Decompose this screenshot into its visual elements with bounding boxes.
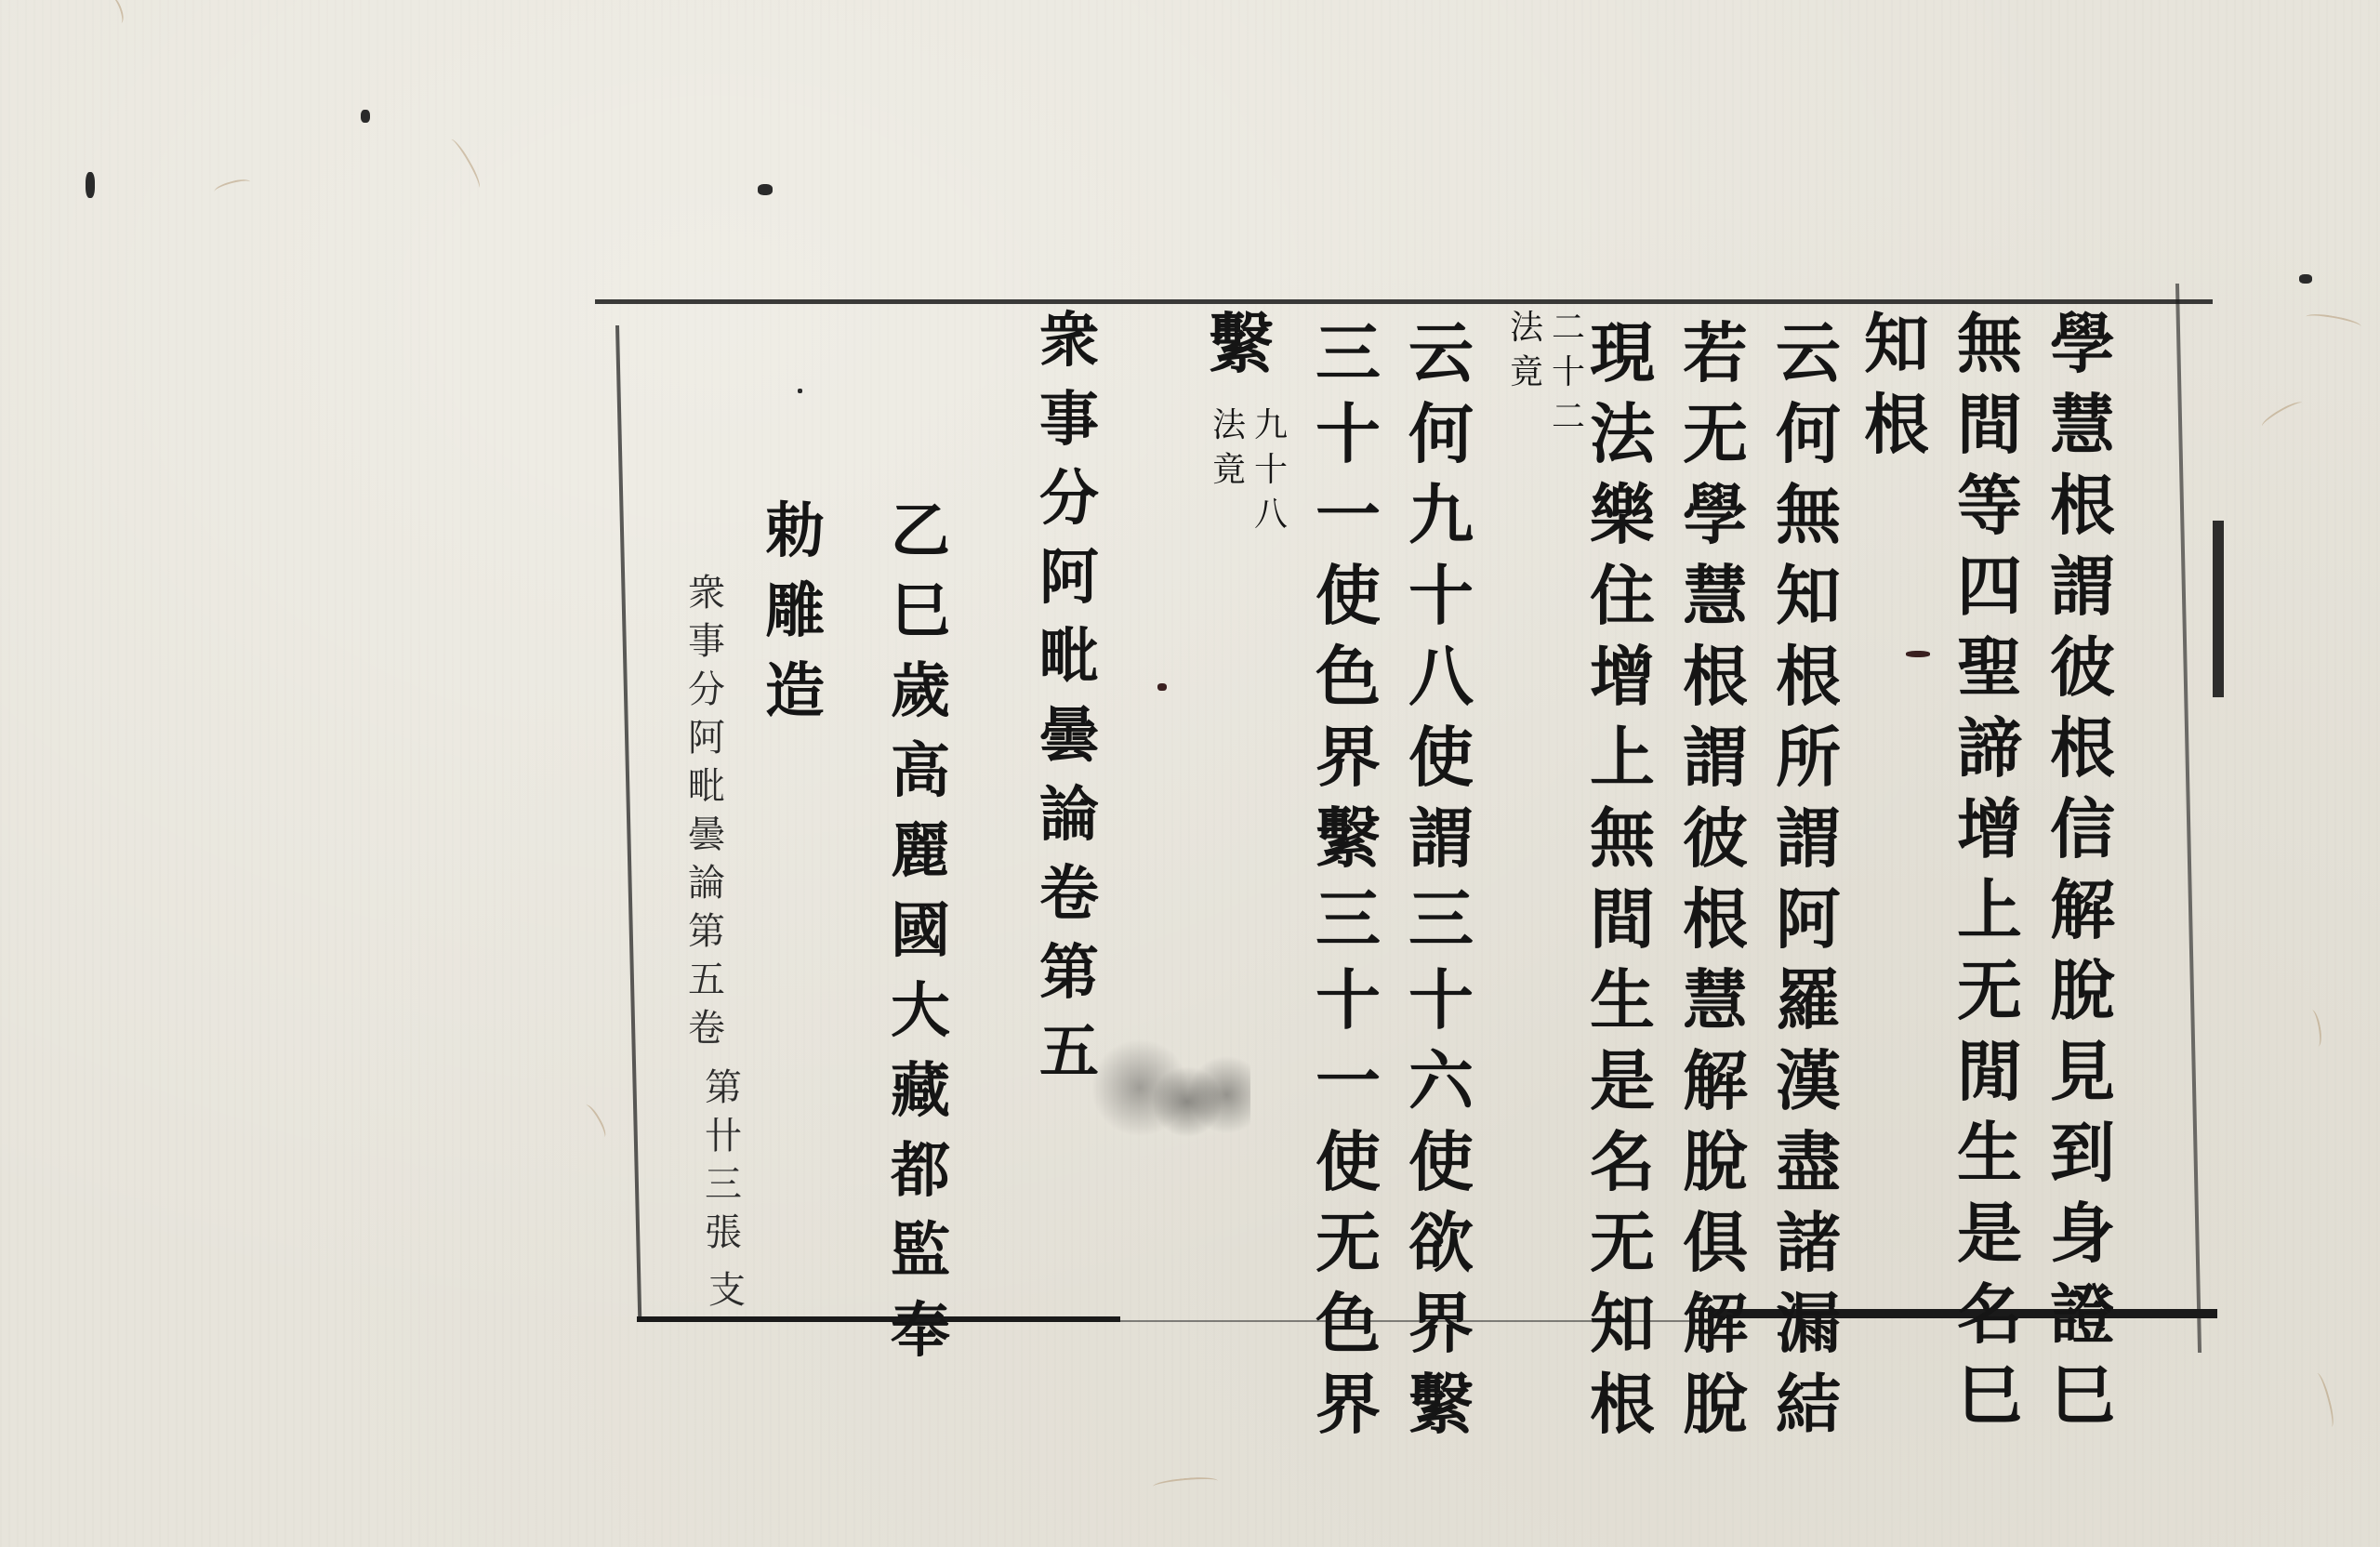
ink-speck xyxy=(798,389,802,393)
glyph: 俱 xyxy=(1673,1210,1757,1291)
ink-speck xyxy=(86,172,95,198)
glyph: 第 xyxy=(684,913,729,961)
glyph: 謂 xyxy=(1766,806,1850,887)
glyph: 毗 xyxy=(1032,628,1106,707)
ink-speck xyxy=(2299,274,2312,284)
glyph: 阿 xyxy=(684,720,729,768)
glyph: 卷 xyxy=(1032,865,1106,944)
glyph: 慧 xyxy=(2041,392,2124,473)
glyph: 住 xyxy=(1580,563,1664,644)
glyph: 脫 xyxy=(1673,1130,1757,1210)
glyph: 第 xyxy=(1032,944,1106,1023)
annotation-section-end-1: 法竟 xyxy=(1506,311,1547,401)
glyph: 一 xyxy=(1306,483,1390,563)
glyph: 漢 xyxy=(1766,1049,1850,1130)
glyph: 脫 xyxy=(2041,959,2124,1039)
glyph: 五 xyxy=(1032,1023,1106,1102)
paper-fiber xyxy=(2311,1371,2336,1428)
glyph: 使 xyxy=(1306,563,1390,644)
glyph: 根 xyxy=(2041,473,2124,554)
paper-fiber xyxy=(2259,398,2305,430)
glyph: 十 xyxy=(1399,968,1483,1049)
frame-top-border xyxy=(595,299,2213,304)
glyph: 謂 xyxy=(1399,806,1483,887)
ink-smudge xyxy=(1092,1032,1250,1171)
glyph: 根 xyxy=(1673,887,1757,968)
paper-fiber xyxy=(2307,1009,2324,1047)
glyph: 繫 xyxy=(1306,806,1390,887)
glyph: 增 xyxy=(1580,644,1664,725)
glyph: 信 xyxy=(2041,797,2124,878)
glyph: 法 xyxy=(1580,402,1664,483)
glyph: 張 xyxy=(701,1214,746,1263)
glyph: 所 xyxy=(1766,725,1850,806)
glyph: 彼 xyxy=(1673,806,1757,887)
glyph: 竟 xyxy=(1506,356,1547,401)
glyph: 事 xyxy=(1032,390,1106,469)
glyph: 繫 xyxy=(1199,311,1283,392)
glyph: 名 xyxy=(1948,1282,2031,1363)
glyph: 二 xyxy=(1548,311,1589,356)
glyph: 八 xyxy=(1250,498,1291,543)
glyph: 知 xyxy=(1580,1291,1664,1372)
glyph: 彼 xyxy=(2041,635,2124,716)
glyph: 無 xyxy=(1948,311,2031,392)
glyph: 衆 xyxy=(1032,311,1106,390)
glyph: 證 xyxy=(2041,1282,2124,1363)
glyph: 間 xyxy=(1580,887,1664,968)
glyph: 無 xyxy=(1766,483,1850,563)
margin-page-number: 第卄三張 xyxy=(701,1069,746,1263)
glyph: 何 xyxy=(1399,402,1483,483)
glyph: 慧 xyxy=(1673,563,1757,644)
glyph: 若 xyxy=(1673,321,1757,402)
text-column-8: 三十一使色界繫三十一使无色界 xyxy=(1306,321,1390,1453)
glyph: 十 xyxy=(1399,563,1483,644)
glyph: 事 xyxy=(684,623,729,671)
glyph: 學 xyxy=(2041,311,2124,392)
glyph: 界 xyxy=(1306,725,1390,806)
glyph: 都 xyxy=(883,1142,958,1222)
glyph: 巳 xyxy=(883,582,958,662)
glyph: 解 xyxy=(2041,878,2124,959)
glyph: 是 xyxy=(1948,1201,2031,1282)
glyph: 結 xyxy=(1766,1372,1850,1453)
glyph: 勅 xyxy=(758,502,832,582)
glyph: 學 xyxy=(1673,483,1757,563)
text-column-2: 無間等四聖諦增上无閒生是名巳 xyxy=(1948,311,2031,1444)
glyph: 根 xyxy=(1673,644,1757,725)
margin-title-note: 衆事分阿毗曇論第五卷 xyxy=(684,575,729,1058)
glyph: 色 xyxy=(1306,1291,1390,1372)
margin-mark: 支 xyxy=(705,1272,749,1320)
glyph: 監 xyxy=(883,1222,958,1302)
paper-fiber xyxy=(213,177,252,197)
text-column-3: 知根 xyxy=(1855,311,1938,473)
glyph: 間 xyxy=(1948,392,2031,473)
glyph: 十 xyxy=(1306,402,1390,483)
volume-title: 衆事分阿毗曇論卷第五 xyxy=(1032,311,1106,1102)
glyph: 解 xyxy=(1673,1049,1757,1130)
glyph: 卷 xyxy=(684,1010,729,1058)
glyph: 无 xyxy=(1580,1210,1664,1291)
glyph: 麗 xyxy=(883,822,958,902)
glyph: 分 xyxy=(1032,469,1106,549)
text-column-6: 現法樂住增上無間生是名无知根 xyxy=(1580,321,1664,1453)
glyph: 謂 xyxy=(1673,725,1757,806)
glyph: 曇 xyxy=(684,816,729,865)
glyph: 高 xyxy=(883,742,958,822)
glyph: 六 xyxy=(1399,1049,1483,1130)
glyph: 論 xyxy=(684,865,729,913)
glyph: 二 xyxy=(1548,401,1589,445)
paper-fiber xyxy=(2305,311,2361,332)
text-column-1: 學慧根謂彼根信解脫見到身證巳 xyxy=(2041,311,2124,1444)
glyph: 無 xyxy=(1580,806,1664,887)
glyph: 根 xyxy=(1766,644,1850,725)
text-column-7: 云何九十八使謂三十六使欲界繫 xyxy=(1399,321,1483,1453)
glyph: 卄 xyxy=(701,1117,746,1166)
glyph: 增 xyxy=(1948,797,2031,878)
glyph: 諸 xyxy=(1766,1210,1850,1291)
glyph: 奉 xyxy=(883,1302,958,1382)
glyph: 使 xyxy=(1306,1130,1390,1210)
glyph: 支 xyxy=(705,1272,749,1320)
glyph: 乙 xyxy=(883,502,958,582)
glyph: 雕 xyxy=(758,582,832,662)
glyph: 使 xyxy=(1399,1130,1483,1210)
glyph: 三 xyxy=(1399,887,1483,968)
glyph: 九 xyxy=(1250,409,1291,454)
glyph: 法 xyxy=(1506,311,1547,356)
glyph: 云 xyxy=(1399,321,1483,402)
glyph: 漏 xyxy=(1766,1291,1850,1372)
frame-right-border-heavy xyxy=(2213,521,2224,697)
glyph: 現 xyxy=(1580,321,1664,402)
glyph: 三 xyxy=(1306,887,1390,968)
glyph: 上 xyxy=(1948,878,2031,959)
glyph: 知 xyxy=(1766,563,1850,644)
glyph: 見 xyxy=(2041,1039,2124,1120)
glyph: 界 xyxy=(1399,1291,1483,1372)
glyph: 知 xyxy=(1855,311,1938,392)
glyph: 法 xyxy=(1209,409,1249,454)
annotation-section-end-2: 法竟 xyxy=(1209,409,1249,498)
glyph: 根 xyxy=(2041,716,2124,797)
glyph: 分 xyxy=(684,671,729,720)
glyph: 大 xyxy=(883,982,958,1062)
glyph: 生 xyxy=(1948,1120,2031,1201)
glyph: 竟 xyxy=(1209,454,1249,498)
glyph: 論 xyxy=(1032,786,1106,865)
glyph: 四 xyxy=(1948,554,2031,635)
glyph: 造 xyxy=(758,662,832,742)
glyph: 无 xyxy=(1673,402,1757,483)
glyph: 根 xyxy=(1855,392,1938,473)
ink-speck xyxy=(758,184,773,195)
glyph: 三 xyxy=(701,1166,746,1214)
glyph: 界 xyxy=(1306,1372,1390,1453)
glyph: 五 xyxy=(684,961,729,1010)
glyph: 无 xyxy=(1948,959,2031,1039)
glyph: 是 xyxy=(1580,1049,1664,1130)
annotation-twenty-two: 二十二 xyxy=(1548,311,1589,445)
glyph: 色 xyxy=(1306,644,1390,725)
glyph: 羅 xyxy=(1766,968,1850,1049)
glyph: 十 xyxy=(1250,454,1291,498)
glyph: 生 xyxy=(1580,968,1664,1049)
text-column-4: 云何無知根所謂阿羅漢盡諸漏結 xyxy=(1766,321,1850,1453)
colophon-line-2: 勅雕造 xyxy=(758,502,832,742)
glyph: 脫 xyxy=(1673,1372,1757,1453)
ink-speck xyxy=(1906,651,1930,657)
glyph: 使 xyxy=(1399,725,1483,806)
glyph: 云 xyxy=(1766,321,1850,402)
glyph: 繫 xyxy=(1399,1372,1483,1453)
glyph: 无 xyxy=(1306,1210,1390,1291)
glyph: 八 xyxy=(1399,644,1483,725)
glyph: 一 xyxy=(1306,1049,1390,1130)
paper-fiber xyxy=(1153,1475,1219,1492)
glyph: 巳 xyxy=(1948,1363,2031,1444)
glyph: 謂 xyxy=(2041,554,2124,635)
annotation-ninety-eight: 九十八 xyxy=(1250,409,1291,543)
glyph: 九 xyxy=(1399,483,1483,563)
glyph: 閒 xyxy=(1948,1039,2031,1120)
glyph: 到 xyxy=(2041,1120,2124,1201)
glyph: 歲 xyxy=(883,662,958,742)
glyph: 根 xyxy=(1580,1372,1664,1453)
text-column-5: 若无學慧根謂彼根慧解脫俱解脫 xyxy=(1673,321,1757,1453)
glyph: 巳 xyxy=(2041,1363,2124,1444)
paper-fiber xyxy=(581,1103,609,1141)
ink-speck xyxy=(1157,683,1167,691)
colophon-line-1: 乙巳歲高麗國大藏都監奉 xyxy=(883,502,958,1382)
glyph: 十 xyxy=(1548,356,1589,401)
glyph: 慧 xyxy=(1673,968,1757,1049)
glyph: 十 xyxy=(1306,968,1390,1049)
glyph: 身 xyxy=(2041,1201,2124,1282)
glyph: 阿 xyxy=(1032,549,1106,628)
glyph: 阿 xyxy=(1766,887,1850,968)
glyph: 上 xyxy=(1580,725,1664,806)
glyph: 第 xyxy=(701,1069,746,1117)
glyph: 三 xyxy=(1306,321,1390,402)
glyph: 諦 xyxy=(1948,716,2031,797)
paper-fiber xyxy=(106,0,126,25)
glyph: 藏 xyxy=(883,1062,958,1142)
text-column-9: 繫 xyxy=(1199,311,1283,392)
glyph: 毗 xyxy=(684,768,729,816)
glyph: 名 xyxy=(1580,1130,1664,1210)
glyph: 盡 xyxy=(1766,1130,1850,1210)
glyph: 國 xyxy=(883,902,958,982)
paper-fiber xyxy=(446,137,483,191)
glyph: 等 xyxy=(1948,473,2031,554)
ink-speck xyxy=(361,110,370,123)
glyph: 欲 xyxy=(1399,1210,1483,1291)
glyph: 解 xyxy=(1673,1291,1757,1372)
glyph: 曇 xyxy=(1032,707,1106,786)
glyph: 樂 xyxy=(1580,483,1664,563)
glyph: 聖 xyxy=(1948,635,2031,716)
glyph: 衆 xyxy=(684,575,729,623)
glyph: 何 xyxy=(1766,402,1850,483)
